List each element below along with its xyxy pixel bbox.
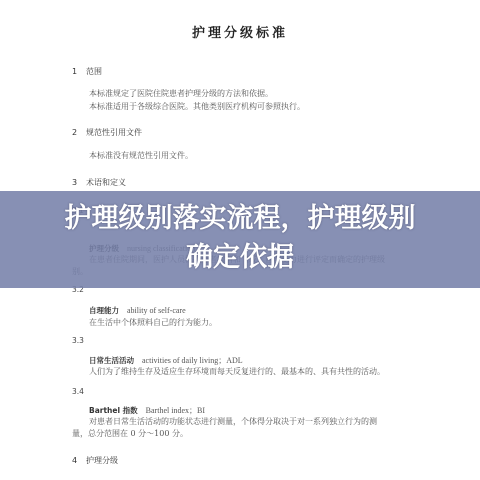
section-heading-2: 2规范性引用文件 (72, 127, 142, 138)
section-heading-4: 4护理分级 (72, 455, 118, 466)
term-definition-cont: 量，总分范围在 0 分～100 分。 (72, 428, 188, 440)
banner-title-line-1: 护理级别落实流程，护理级别 (0, 199, 480, 238)
section-heading-3: 3术语和定义 (72, 177, 126, 188)
term-number: 3.4 (72, 387, 84, 396)
term-3-4: Barthel 指数Barthel index；BI (89, 405, 205, 416)
banner-title: 护理级别落实流程，护理级别 确定依据 (0, 199, 480, 277)
paragraph: 本标准规定了医院住院患者护理分级的方法和依据。 (89, 88, 273, 100)
term-3-2: 自理能力ability of self-care (89, 305, 186, 316)
paragraph: 本标准适用于各级综合医院。其他类别医疗机构可参照执行。 (89, 101, 305, 113)
document-title: 护理分级标准 (0, 22, 480, 41)
banner-title-line-2: 确定依据 (0, 238, 480, 277)
term-number: 3.3 (72, 336, 84, 345)
section-heading-1: 1范围 (72, 66, 102, 77)
term-definition: 对患者日常生活活动的功能状态进行测量，个体得分取决于对一系列独立行为的测 (89, 416, 377, 428)
paragraph: 本标准没有规范性引用文件。 (89, 150, 193, 162)
term-3-3: 日常生活活动activities of daily living；ADL (89, 355, 243, 366)
term-definition: 人们为了维持生存及适应生存环境而每天反复进行的、最基本的、具有共性的活动。 (89, 366, 385, 378)
term-definition: 在生活中个体照料自己的行为能力。 (89, 317, 217, 329)
